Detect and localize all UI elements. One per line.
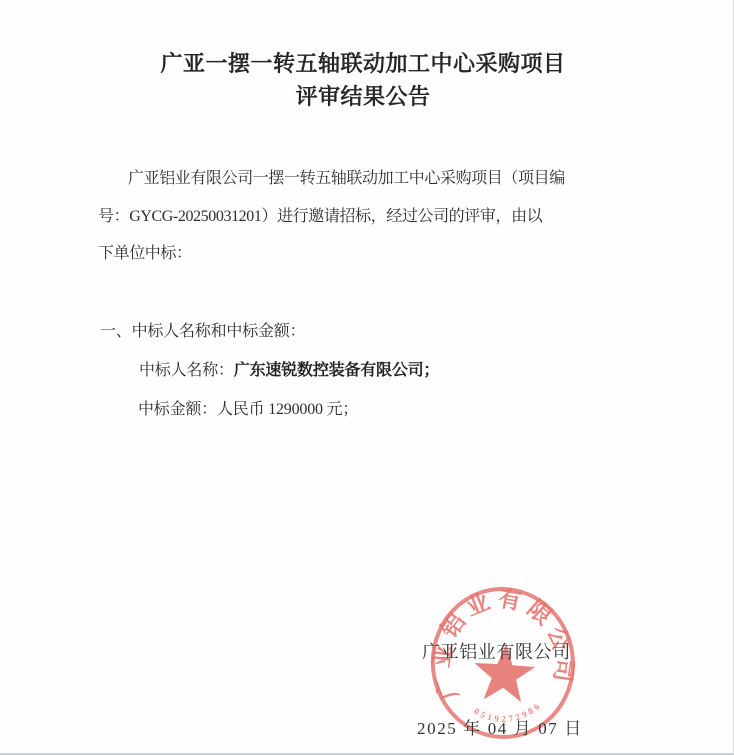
winner-label: 中标人名称： — [139, 362, 234, 379]
signature-company: 广亚铝业有限公司 — [422, 638, 571, 664]
paragraph-line-1: 广亚铝业有限公司一摆一转五轴联动加工中心采购项目（项目编 — [98, 160, 568, 198]
document-title: 广亚一摆一转五轴联动加工中心采购项目 评审结果公告 — [0, 47, 726, 113]
paragraph-line-2: 号：GYCG-20250031201）进行邀请招标，经过公司的评审，由以 — [98, 198, 568, 236]
section-heading: 一、中标人名称和中标金额： — [100, 322, 305, 342]
winner-line: 中标人名称：广东速锐数控装备有限公司； — [139, 361, 439, 381]
winner-name: 广东速锐数控装备有限公司； — [234, 362, 439, 379]
paragraph-line-3: 下单位中标： — [98, 235, 568, 273]
amount-line: 中标金额：人民币 1290000 元； — [138, 400, 358, 420]
signature-date: 2025 年 04 月 07 日 — [417, 714, 583, 739]
title-line-1: 广亚一摆一转五轴联动加工中心采购项目 — [0, 47, 726, 80]
document-page: 广亚一摆一转五轴联动加工中心采购项目 评审结果公告 广亚铝业有限公司一摆一转五轴… — [0, 0, 734, 755]
title-line-2: 评审结果公告 — [0, 80, 726, 113]
intro-paragraph: 广亚铝业有限公司一摆一转五轴联动加工中心采购项目（项目编 号：GYCG-2025… — [98, 160, 568, 273]
